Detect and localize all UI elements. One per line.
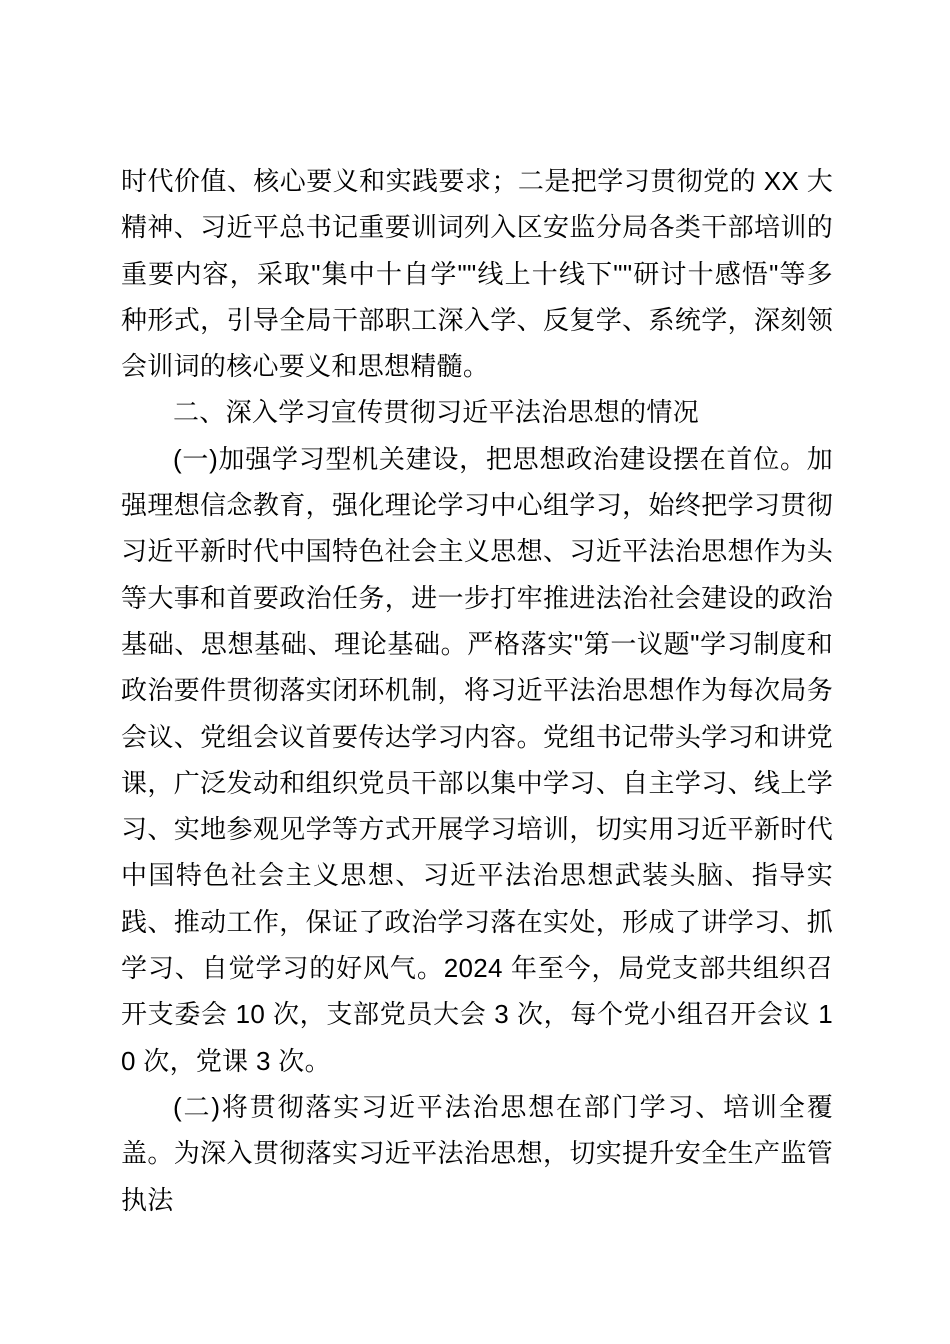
section-heading-2: 二、深入学习宣传贯彻习近平法治思想的情况 <box>121 389 833 435</box>
paragraph-continuation: 时代价值、核心要义和实践要求；二是把学习贯彻党的 XX 大精神、习近平总书记重要… <box>121 158 833 389</box>
paragraph-subsection-2: (二)将贯彻落实习近平法治思想在部门学习、培训全覆盖。为深入贯彻落实习近平法治思… <box>121 1084 833 1223</box>
document-content: 时代价值、核心要义和实践要求；二是把学习贯彻党的 XX 大精神、习近平总书记重要… <box>121 158 833 1223</box>
document-page: 时代价值、核心要义和实践要求；二是把学习贯彻党的 XX 大精神、习近平总书记重要… <box>0 0 950 1344</box>
paragraph-subsection-1: (一)加强学习型机关建设，把思想政治建设摆在首位。加强理想信念教育，强化理论学习… <box>121 436 833 1084</box>
